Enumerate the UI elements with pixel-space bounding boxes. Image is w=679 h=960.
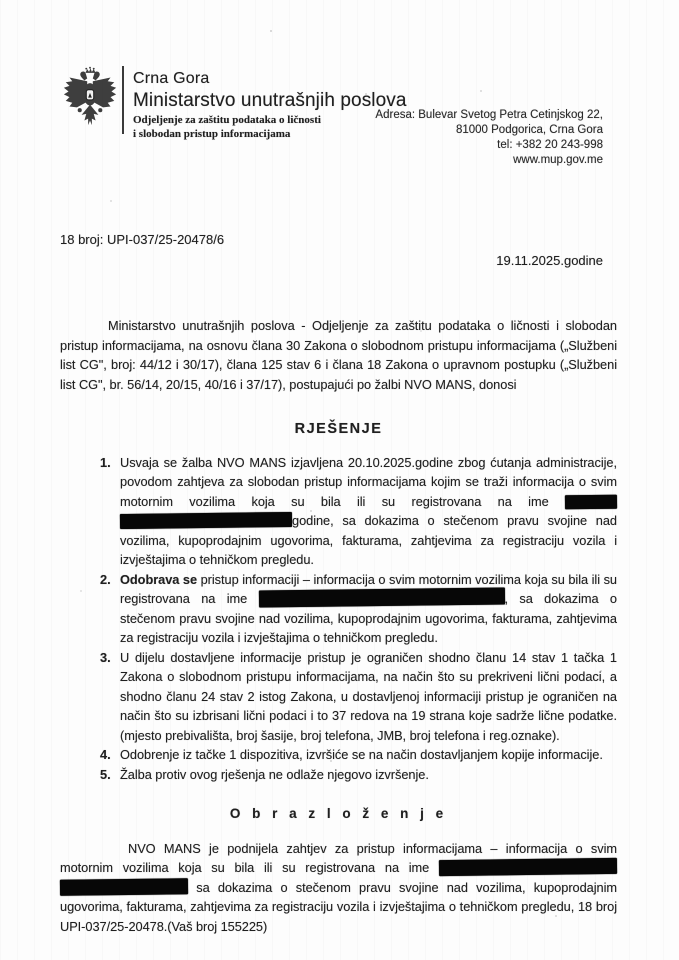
department-name: Odjeljenje za zaštitu podataka o ličnost… bbox=[133, 114, 407, 142]
phone-number: tel: +382 20 243-998 bbox=[375, 138, 603, 153]
website-url: www.mup.gov.me bbox=[375, 153, 603, 168]
item-text: Žalba protiv ovog rješenja ne odlaže nje… bbox=[120, 765, 617, 785]
letterhead: Crna Gora Ministarstvo unutrašnjih poslo… bbox=[60, 64, 617, 138]
decision-heading: RJEŠENJE bbox=[60, 420, 617, 440]
letterhead-divider bbox=[122, 66, 124, 134]
redaction-bar bbox=[258, 587, 504, 607]
department-line1: Odjeljenje za zaštitu podataka o ličnost… bbox=[133, 114, 407, 128]
redaction-bar bbox=[60, 878, 188, 896]
intro-paragraph: Ministarstvo unutrašnjih poslova - Odjel… bbox=[60, 316, 617, 394]
address-city: 81000 Podgorica, Crna Gora bbox=[375, 123, 603, 138]
reference-number: 18 broj: UPI-037/25-20478/6 bbox=[60, 232, 617, 247]
redaction-bar bbox=[120, 512, 292, 529]
item-number: 5. bbox=[100, 765, 120, 785]
list-item: 2. Odobrava se pristup informaciji – inf… bbox=[60, 570, 617, 648]
text-run: Usvaja se žalba NVO MANS izjavljena 20.1… bbox=[120, 455, 617, 509]
address-street: Adresa: Bulevar Svetog Petra Cetinjskog … bbox=[375, 108, 603, 123]
scan-noise bbox=[270, 30, 272, 32]
item-number: 1. bbox=[100, 453, 120, 570]
coat-of-arms-icon bbox=[62, 64, 118, 134]
text-run: Odobrava se bbox=[120, 572, 197, 587]
item-number: 2. bbox=[100, 570, 120, 648]
text-run: Žalba protiv ovog rješenja ne odlaže nje… bbox=[120, 767, 429, 782]
item-number: 3. bbox=[100, 648, 120, 746]
item-text: Odobrenje iz tačke 1 dispozitiva, izvrši… bbox=[120, 745, 617, 765]
department-line2: i slobodan pristup informacijama bbox=[133, 128, 407, 142]
item-text: Odobrava se pristup informaciji – inform… bbox=[120, 570, 617, 648]
list-item: 5. Žalba protiv ovog rješenja ne odlaže … bbox=[60, 765, 617, 785]
letterhead-titles: Crna Gora Ministarstvo unutrašnjih poslo… bbox=[133, 70, 407, 142]
scanned-document-page: Crna Gora Ministarstvo unutrašnjih poslo… bbox=[0, 0, 679, 960]
document-content: Crna Gora Ministarstvo unutrašnjih poslo… bbox=[0, 0, 679, 936]
redaction-bar bbox=[439, 858, 617, 876]
rationale-heading: O b r a z l o ž e n j e bbox=[60, 804, 617, 824]
list-item: 1. Usvaja se žalba NVO MANS izjavljena 2… bbox=[60, 453, 617, 570]
list-item: 4. Odobrenje iz tačke 1 dispozitiva, izv… bbox=[60, 745, 617, 765]
item-text: Usvaja se žalba NVO MANS izjavljena 20.1… bbox=[120, 453, 617, 570]
item-number: 4. bbox=[100, 745, 120, 765]
redaction-bar bbox=[565, 494, 617, 509]
text-run: Odobrenje iz tačke 1 dispozitiva, izvrši… bbox=[120, 747, 603, 762]
ministry-name: Ministarstvo unutrašnjih poslova bbox=[133, 91, 407, 112]
country-name: Crna Gora bbox=[133, 70, 407, 88]
text-run: U dijelu dostavljene informacije pristup… bbox=[120, 650, 617, 743]
decision-items: 1. Usvaja se žalba NVO MANS izjavljena 2… bbox=[60, 453, 617, 785]
address-block: Adresa: Bulevar Svetog Petra Cetinjskog … bbox=[375, 108, 603, 168]
document-date: 19.11.2025.godine bbox=[60, 253, 617, 268]
item-text: U dijelu dostavljene informacije pristup… bbox=[120, 648, 617, 746]
rationale-paragraph: NVO MANS je podnijela zahtjev za pristup… bbox=[60, 839, 617, 937]
list-item: 3. U dijelu dostavljene informacije pris… bbox=[60, 648, 617, 746]
